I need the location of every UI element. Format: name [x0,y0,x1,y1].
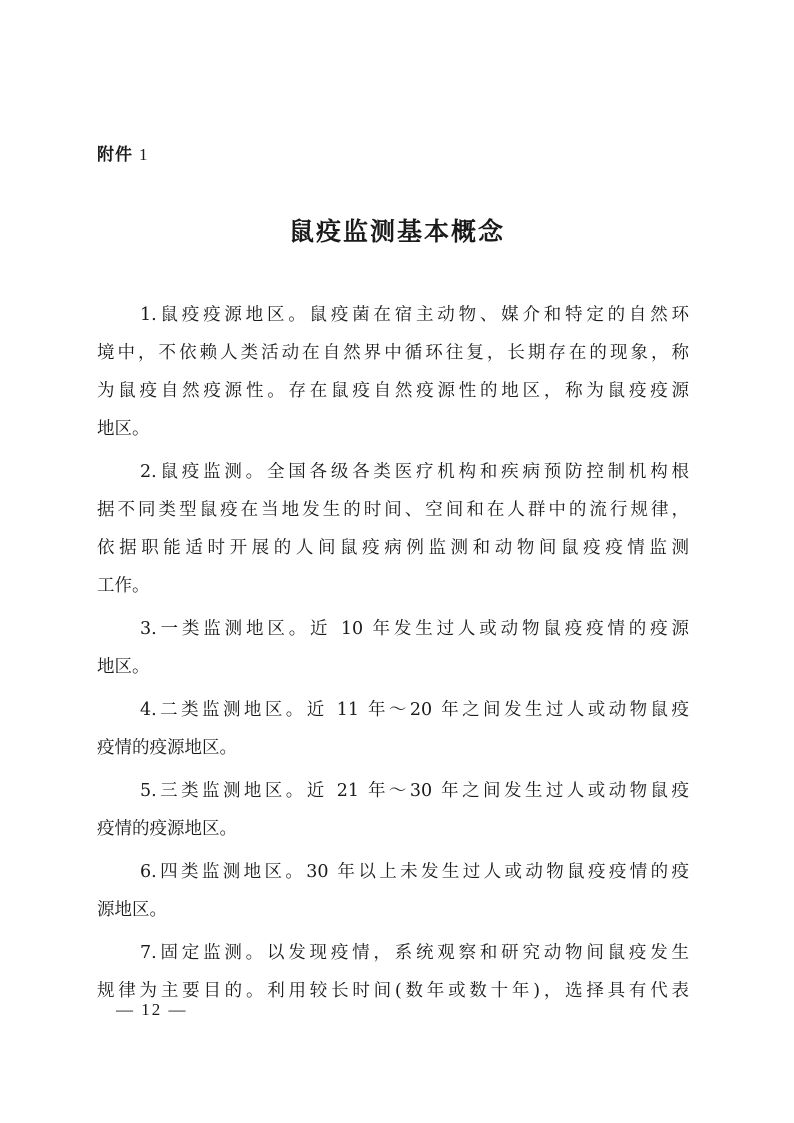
paragraph-5: 5.三类监测地区。近 21 年～30 年之间发生过人或动物鼠疫 疫情的疫源地区。 [97,772,689,848]
text-line: 1.鼠疫疫源地区。鼠疫菌在宿主动物、媒介和特定的自然环 [97,296,689,334]
document-title: 鼠疫监测基本概念 [0,212,794,248]
text-line: 境中，不依赖人类活动在自然界中循环往复，长期存在的现象，称 [97,334,689,372]
page-number: — 12 — [116,1000,188,1020]
text-line: 7.固定监测。以发现疫情，系统观察和研究动物间鼠疫发生 [97,934,689,972]
text-line: 源地区。 [97,891,689,929]
text-line: 工作。 [97,567,689,605]
document-body: 1.鼠疫疫源地区。鼠疫菌在宿主动物、媒介和特定的自然环 境中，不依赖人类活动在自… [97,296,689,1010]
text-line: 依据职能适时开展的人间鼠疫病例监测和动物间鼠疫疫情监测 [97,529,689,567]
paragraph-7: 7.固定监测。以发现疫情，系统观察和研究动物间鼠疫发生 规律为主要目的。利用较长… [97,934,689,1010]
attachment-label-text: 附件 [97,145,133,165]
text-line: 为鼠疫自然疫源性。存在鼠疫自然疫源性的地区，称为鼠疫疫源 [97,372,689,410]
paragraph-3: 3.一类监测地区。近 10 年发生过人或动物鼠疫疫情的疫源 地区。 [97,610,689,686]
text-line: 3.一类监测地区。近 10 年发生过人或动物鼠疫疫情的疫源 [97,610,689,648]
text-line: 4.二类监测地区。近 11 年～20 年之间发生过人或动物鼠疫 [97,691,689,729]
text-line: 5.三类监测地区。近 21 年～30 年之间发生过人或动物鼠疫 [97,772,689,810]
text-line: 2.鼠疫监测。全国各级各类医疗机构和疾病预防控制机构根 [97,453,689,491]
text-line: 地区。 [97,648,689,686]
text-line: 地区。 [97,410,689,448]
attachment-number: 1 [139,145,149,164]
paragraph-1: 1.鼠疫疫源地区。鼠疫菌在宿主动物、媒介和特定的自然环 境中，不依赖人类活动在自… [97,296,689,448]
attachment-label: 附件1 [97,140,149,165]
paragraph-4: 4.二类监测地区。近 11 年～20 年之间发生过人或动物鼠疫 疫情的疫源地区。 [97,691,689,767]
text-line: 疫情的疫源地区。 [97,729,689,767]
text-line: 据不同类型鼠疫在当地发生的时间、空间和在人群中的流行规律， [97,491,689,529]
paragraph-6: 6.四类监测地区。30 年以上未发生过人或动物鼠疫疫情的疫 源地区。 [97,853,689,929]
text-line: 疫情的疫源地区。 [97,810,689,848]
text-line: 6.四类监测地区。30 年以上未发生过人或动物鼠疫疫情的疫 [97,853,689,891]
paragraph-2: 2.鼠疫监测。全国各级各类医疗机构和疾病预防控制机构根 据不同类型鼠疫在当地发生… [97,453,689,605]
document-page: 附件1 鼠疫监测基本概念 1.鼠疫疫源地区。鼠疫菌在宿主动物、媒介和特定的自然环… [0,0,794,1123]
